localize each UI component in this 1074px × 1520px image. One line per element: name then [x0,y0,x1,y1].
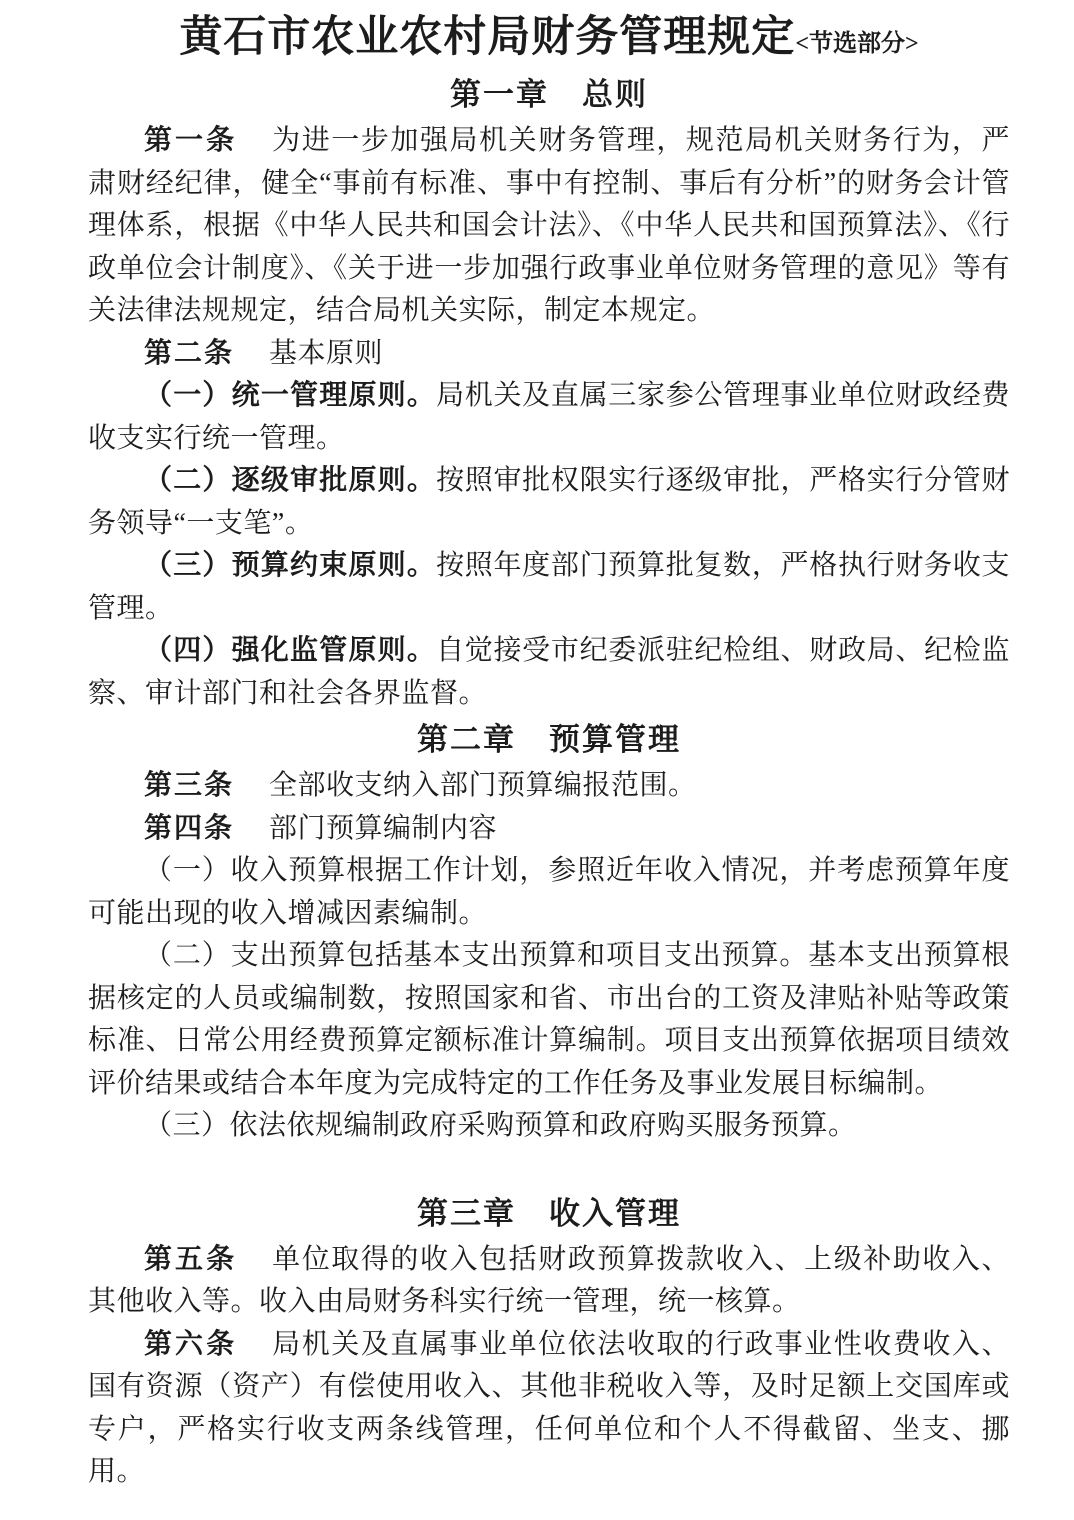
article-6-paragraph: 第六条局机关及直属事业单位依法收取的行政事业性收费收入、国有资源（资产）有偿使用… [88,1324,1010,1494]
budget-item-1-text: （一）收入预算根据工作计划，参照近年收入情况，并考虑预算年度可能出现的收入增减因… [88,855,1010,929]
document-title-suffix: <节选部分> [795,31,918,57]
chapter-3-heading: 第三章 收入管理 [88,1191,1010,1237]
chapter-1-general-provisions: 第一章 总则 第一条为进一步加强局机关财务管理，规范局机关财务行为，严肃财经纪律… [88,72,1010,715]
article-1-label: 第一条 [144,125,237,156]
chapter-2-budget-management: 第二章 预算管理 第三条全部收支纳入部门预算编报范围。 第四条部门预算编制内容 … [88,717,1010,1148]
principle-4-label: （四）强化监管原则。 [144,635,436,666]
article-2-label: 第二条 [144,338,234,369]
budget-item-1-paragraph: （一）收入预算根据工作计划，参照近年收入情况，并考虑预算年度可能出现的收入增减因… [88,850,1010,935]
principle-1-label: （一）统一管理原则。 [144,380,436,411]
article-6-label: 第六条 [144,1329,237,1360]
document-title: 黄石市农业农村局财务管理规定<节选部分> [88,12,1010,70]
article-5-label: 第五条 [144,1244,237,1275]
principle-3-paragraph: （三）预算约束原则。按照年度部门预算批复数，严格执行财务收支管理。 [88,545,1010,630]
budget-item-2-paragraph: （二）支出预算包括基本支出预算和项目支出预算。基本支出预算根据核定的人员或编制数… [88,935,1010,1105]
principle-2-label: （二）逐级审批原则。 [144,465,436,496]
document-title-text: 黄石市农业农村局财务管理规定 [179,14,795,61]
article-4-text: 部门预算编制内容 [269,813,497,844]
chapter-2-heading: 第二章 预算管理 [88,717,1010,763]
principle-2-paragraph: （二）逐级审批原则。按照审批权限实行逐级审批，严格实行分管财务领导“一支笔”。 [88,460,1010,545]
article-2-text: 基本原则 [269,338,383,369]
principle-4-paragraph: （四）强化监管原则。自觉接受市纪委派驻纪检组、财政局、纪检监察、审计部门和社会各… [88,630,1010,715]
article-3-paragraph: 第三条全部收支纳入部门预算编报范围。 [88,765,1010,808]
budget-item-3-paragraph: （三）依法依规编制政府采购预算和政府购买服务预算。 [88,1105,1010,1148]
article-1-paragraph: 第一条为进一步加强局机关财务管理，规范局机关财务行为，严肃财经纪律，健全“事前有… [88,120,1010,333]
document-page: 黄石市农业农村局财务管理规定<节选部分> 第一章 总则 第一条为进一步加强局机关… [0,0,1074,1520]
article-3-text: 全部收支纳入部门预算编报范围。 [269,770,697,801]
chapter-1-heading: 第一章 总则 [88,72,1010,118]
article-4-paragraph: 第四条部门预算编制内容 [88,808,1010,851]
article-5-paragraph: 第五条单位取得的收入包括财政预算拨款收入、上级补助收入、其他收入等。收入由局财务… [88,1239,1010,1324]
article-2-paragraph: 第二条基本原则 [88,333,1010,376]
budget-item-3-text: （三）依法依规编制政府采购预算和政府购买服务预算。 [144,1110,857,1141]
principle-1-paragraph: （一）统一管理原则。局机关及直属三家参公管理事业单位财政经费收支实行统一管理。 [88,375,1010,460]
chapter-3-revenue-management: 第三章 收入管理 第五条单位取得的收入包括财政预算拨款收入、上级补助收入、其他收… [88,1191,1010,1494]
article-4-label: 第四条 [144,813,234,844]
principle-3-label: （三）预算约束原则。 [144,550,436,581]
article-3-label: 第三条 [144,770,234,801]
budget-item-2-text: （二）支出预算包括基本支出预算和项目支出预算。基本支出预算根据核定的人员或编制数… [88,940,1010,1099]
